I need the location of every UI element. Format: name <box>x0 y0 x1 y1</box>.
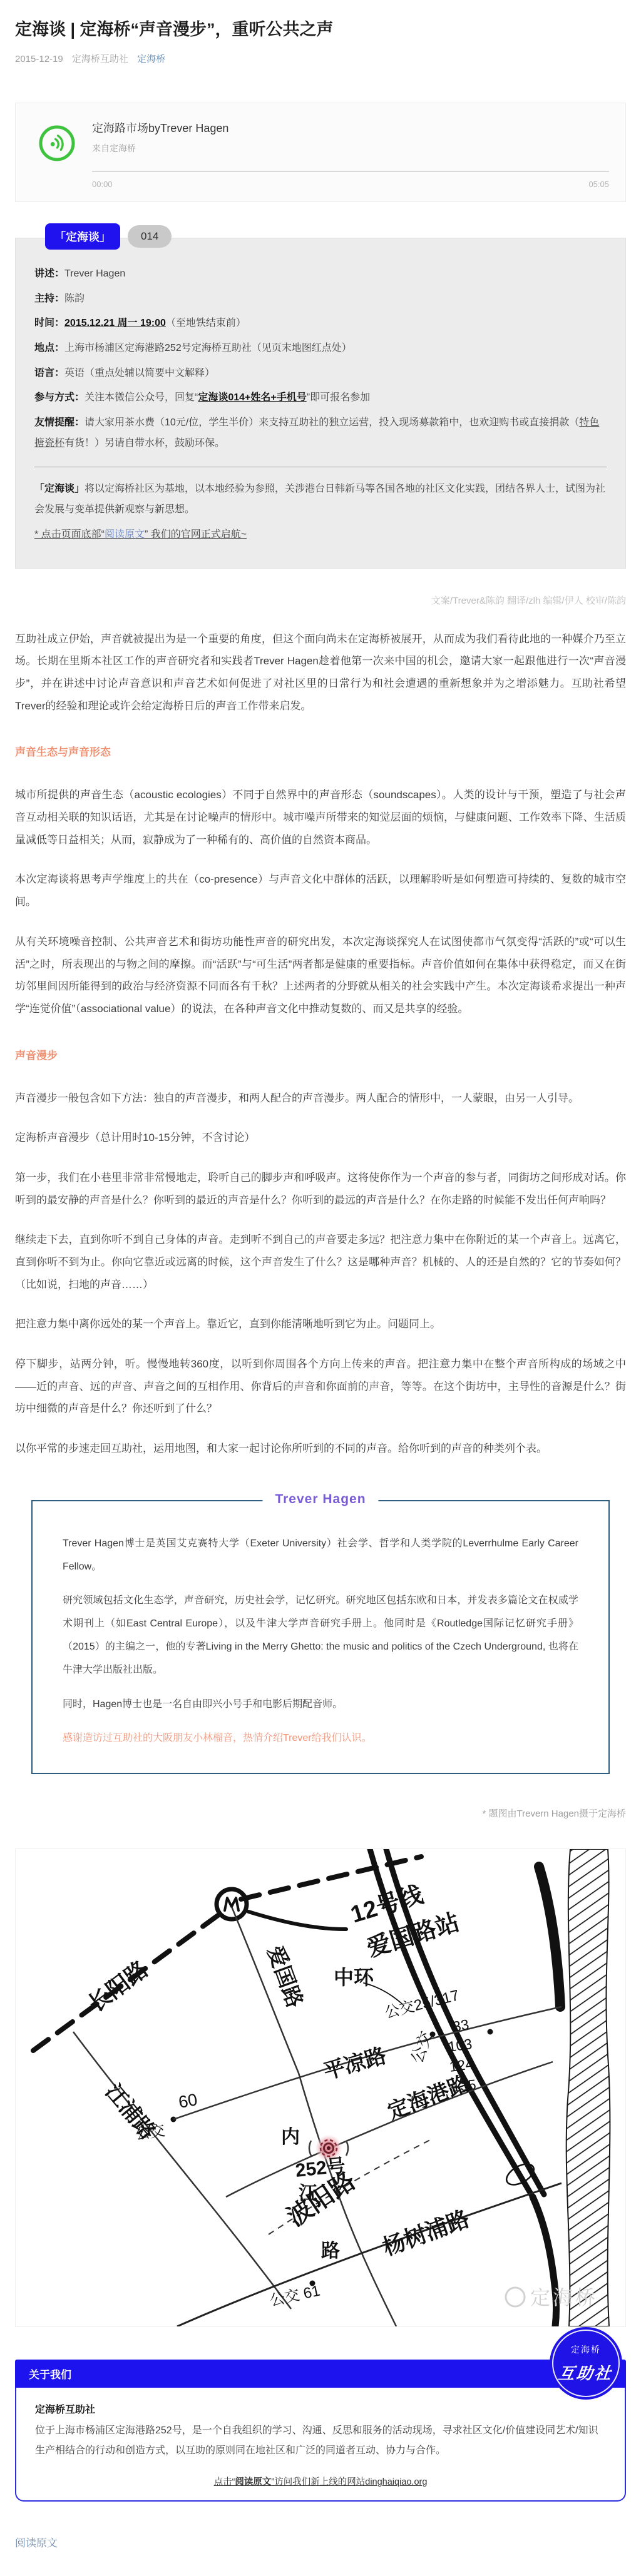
info-row-venue: 地点：上海市杨浦区定海港路252号定海桥互助社（见页末地图红点处） <box>34 338 607 359</box>
info-row-time: 时间：2015.12.21 周一 19:00（至地铁结束前） <box>34 313 607 334</box>
account-link[interactable]: 定海桥 <box>137 54 165 64</box>
label-bus-33: 33 <box>451 2016 470 2035</box>
audio-progress-bar[interactable] <box>92 171 609 172</box>
label-pingliang: 平凉路 <box>321 2044 389 2084</box>
voice-play-button[interactable] <box>38 124 76 165</box>
audio-player[interactable]: 定海路市场byTrever Hagen 来自定海桥 00:00 05:05 <box>15 103 626 202</box>
editorial-credit: 文案/Trever&陈韵 翻译/zlh 编辑/伊人 校审/陈韵 <box>15 594 626 607</box>
changyang-road <box>33 1857 421 2051</box>
bio-paragraph: Trever Hagen博士是英国艾克赛特大学（Exeter Universit… <box>63 1533 578 1579</box>
label-changyang: 长阳路 <box>83 1956 153 2017</box>
river-band <box>567 1849 610 2326</box>
read-origin-inline-link[interactable]: 阅读原文 <box>105 529 145 540</box>
meta-line: 2015-12-19 定海桥互助社 定海桥 <box>15 52 626 65</box>
audio-current-time: 00:00 <box>92 180 113 189</box>
label-bus-60-prefix: 公交 <box>134 2122 166 2143</box>
label-neijiang-3: 路 <box>321 2241 340 2261</box>
audio-title: 定海路市场byTrever Hagen <box>92 119 609 136</box>
paragraph: 城市所提供的声音生态（acoustic ecologies）不同于自然界中的声音… <box>15 784 626 851</box>
watermark: 定海桥 <box>506 2286 598 2309</box>
speaker-bio-box: Trever Hagen Trever Hagen博士是英国艾克赛特大学（Exe… <box>31 1500 610 1774</box>
audio-duration: 05:05 <box>588 180 609 189</box>
paragraph: 停下脚步，站两分钟，听。慢慢地转360度，以听到你周围各个方向上传来的声音。把注… <box>15 1353 626 1420</box>
map-sketch: 中环 长阳路 12号线 爱国路站 爱国路 江浦路 60 公交 <box>16 1849 627 2326</box>
about-org-name: 定海桥互助社 <box>35 2401 606 2416</box>
paragraph: 继续走下去，直到你听不到自己身体的声音。走到听不到自己的声音要走多远？把注意力集… <box>15 1229 626 1296</box>
section-heading: 声音漫步 <box>15 1047 626 1062</box>
about-header: 关于我们 <box>15 2360 626 2388</box>
info-row-language: 语言：英语（重点处辅以简要中文解释） <box>34 363 607 384</box>
bus-stop-dot <box>488 2029 493 2035</box>
paragraph: 互助社成立伊始，声音就被提出为是一个重要的角度，但这个面向尚未在定海桥被展开，从… <box>15 628 626 718</box>
about-description: 位于上海市杨浦区定海港路252号，是一个自我组织的学习、沟通、反思和服务的活动现… <box>35 2421 606 2461</box>
audio-source: 来自定海桥 <box>92 142 609 155</box>
series-badge: 「定海谈」 <box>45 223 120 250</box>
speaker-name: Trever Hagen <box>262 1492 378 1507</box>
article-page: 定海谈 | 定海桥“声音漫步”，重听公共之声 2015-12-19 定海桥互助社… <box>0 0 641 2576</box>
hand-drawn-map-image[interactable]: 中环 长阳路 12号线 爱国路站 爱国路 江浦路 60 公交 <box>15 1848 626 2327</box>
logo-bottom-text: 互助社 <box>558 2361 615 2384</box>
about-site-note: 点击“阅读原文”访问我们新上线的网站dinghaiqiao.org <box>35 2475 606 2488</box>
author-name: 定海桥互助社 <box>72 54 128 64</box>
dinghaigang-road <box>226 2062 553 2197</box>
bio-paragraph: 研究领域包括文化生态学，声音研究，历史社会学，记忆研究。研究地区包括东欧和日本，… <box>63 1590 578 1681</box>
paragraph: 声音漫步一般包含如下方法：独自的声音漫步，和两人配合的声音漫步。两人配合的情形中… <box>15 1087 626 1110</box>
publish-date: 2015-12-19 <box>15 54 63 64</box>
series-description: 「定海谈」将以定海桥社区为基地，以本地经验为参照，关涉港台日韩新马等各国各地的社… <box>34 479 607 520</box>
label-zhonghuan: 中环 <box>334 1966 374 1989</box>
paragraph: 定海桥声音漫步（总计用时10-15分钟，不含讨论） <box>15 1127 626 1149</box>
metro-station-icon <box>217 1889 247 1919</box>
about-box: 定海桥互助社 位于上海市杨浦区定海港路252号，是一个自我组织的学习、沟通、反思… <box>15 2388 626 2502</box>
series-number-badge: 014 <box>128 225 172 248</box>
article-body: 互助社成立伊始，声音就被提出为是一个重要的角度，但这个面向尚未在定海桥被展开，从… <box>15 628 626 1460</box>
logo-top-text: 定海桥 <box>571 2343 601 2356</box>
yangshupu-road <box>177 2183 562 2326</box>
info-row-host: 主持：陈韵 <box>34 288 607 310</box>
photo-credit: * 题图由Trevern Hagen摄于定海桥 <box>15 1807 626 1820</box>
about-section: 定海桥 互助社 关于我们 定海桥互助社 位于上海市杨浦区定海港路252号，是一个… <box>15 2360 626 2502</box>
paragraph: 本次定海谈将思考声学维度上的共在（co-presence）与声音文化中群体的活跃… <box>15 868 626 913</box>
paragraph: 以你平常的步速走回互助社，运用地图，和大家一起讨论你所听到的不同的声音。给你听到… <box>15 1438 626 1460</box>
origin-note: * 点击页面底部“阅读原文” 我们的官网正式启航~ <box>34 524 607 545</box>
section-heading: 声音生态与声音形态 <box>15 743 626 759</box>
label-neijiang-1: 内 <box>281 2127 300 2148</box>
audio-info: 定海路市场byTrever Hagen 来自定海桥 00:00 05:05 <box>92 119 609 189</box>
audio-times: 00:00 05:05 <box>92 180 609 189</box>
divider <box>34 467 607 467</box>
info-row-signup: 参与方式：关注本微信公众号，回复“定海谈014+姓名+手机号”即可报名参加 <box>34 387 607 408</box>
series-badges: 「定海谈」 014 <box>45 223 626 250</box>
info-row-reminder: 友情提醒：请大家用茶水费（10元/位，学生半价）来支持互助社的独立运营，投入现场… <box>34 412 607 454</box>
org-logo: 定海桥 互助社 <box>550 2327 622 2400</box>
voice-wave-icon <box>38 124 76 162</box>
svg-text:定海桥: 定海桥 <box>530 2286 598 2309</box>
jiangpu-road <box>73 2032 291 2309</box>
event-info-box: 讲述：Trever Hagen 主持：陈韵 时间：2015.12.21 周一 1… <box>15 238 626 569</box>
paragraph: 第一步，我们在小巷里非常非常慢地走，聆听自己的脚步声和呼吸声。这将使你作为一个声… <box>15 1167 626 1211</box>
label-bus-60: 60 <box>177 2090 199 2112</box>
bio-paragraph: 同时，Hagen博士也是一名自由即兴小号手和电影后期配音师。 <box>63 1693 578 1716</box>
label-bus-103: 103 <box>447 2036 473 2055</box>
paragraph: 把注意力集中离你远处的某一个声音上。靠近它，直到你能清晰地听到它为止。问题同上。 <box>15 1313 626 1336</box>
label-yangshupu: 杨树浦路 <box>379 2206 473 2261</box>
info-row-speaker: 讲述：Trever Hagen <box>34 263 607 285</box>
label-dinghaigang: 定海港路 <box>384 2071 473 2124</box>
label-bus-cluster-prefix: 公交 <box>407 2029 436 2066</box>
page-title: 定海谈 | 定海桥“声音漫步”，重听公共之声 <box>15 18 626 42</box>
bio-thanks-note: 感谢造访过互助社的大阪朋友小林榴音，热情介绍Trever给我们认识。 <box>63 1727 578 1750</box>
paragraph: 从有关环境噪音控制、公共声音艺术和街坊功能性声音的研究出发，本次定海谈探究人在试… <box>15 931 626 1020</box>
